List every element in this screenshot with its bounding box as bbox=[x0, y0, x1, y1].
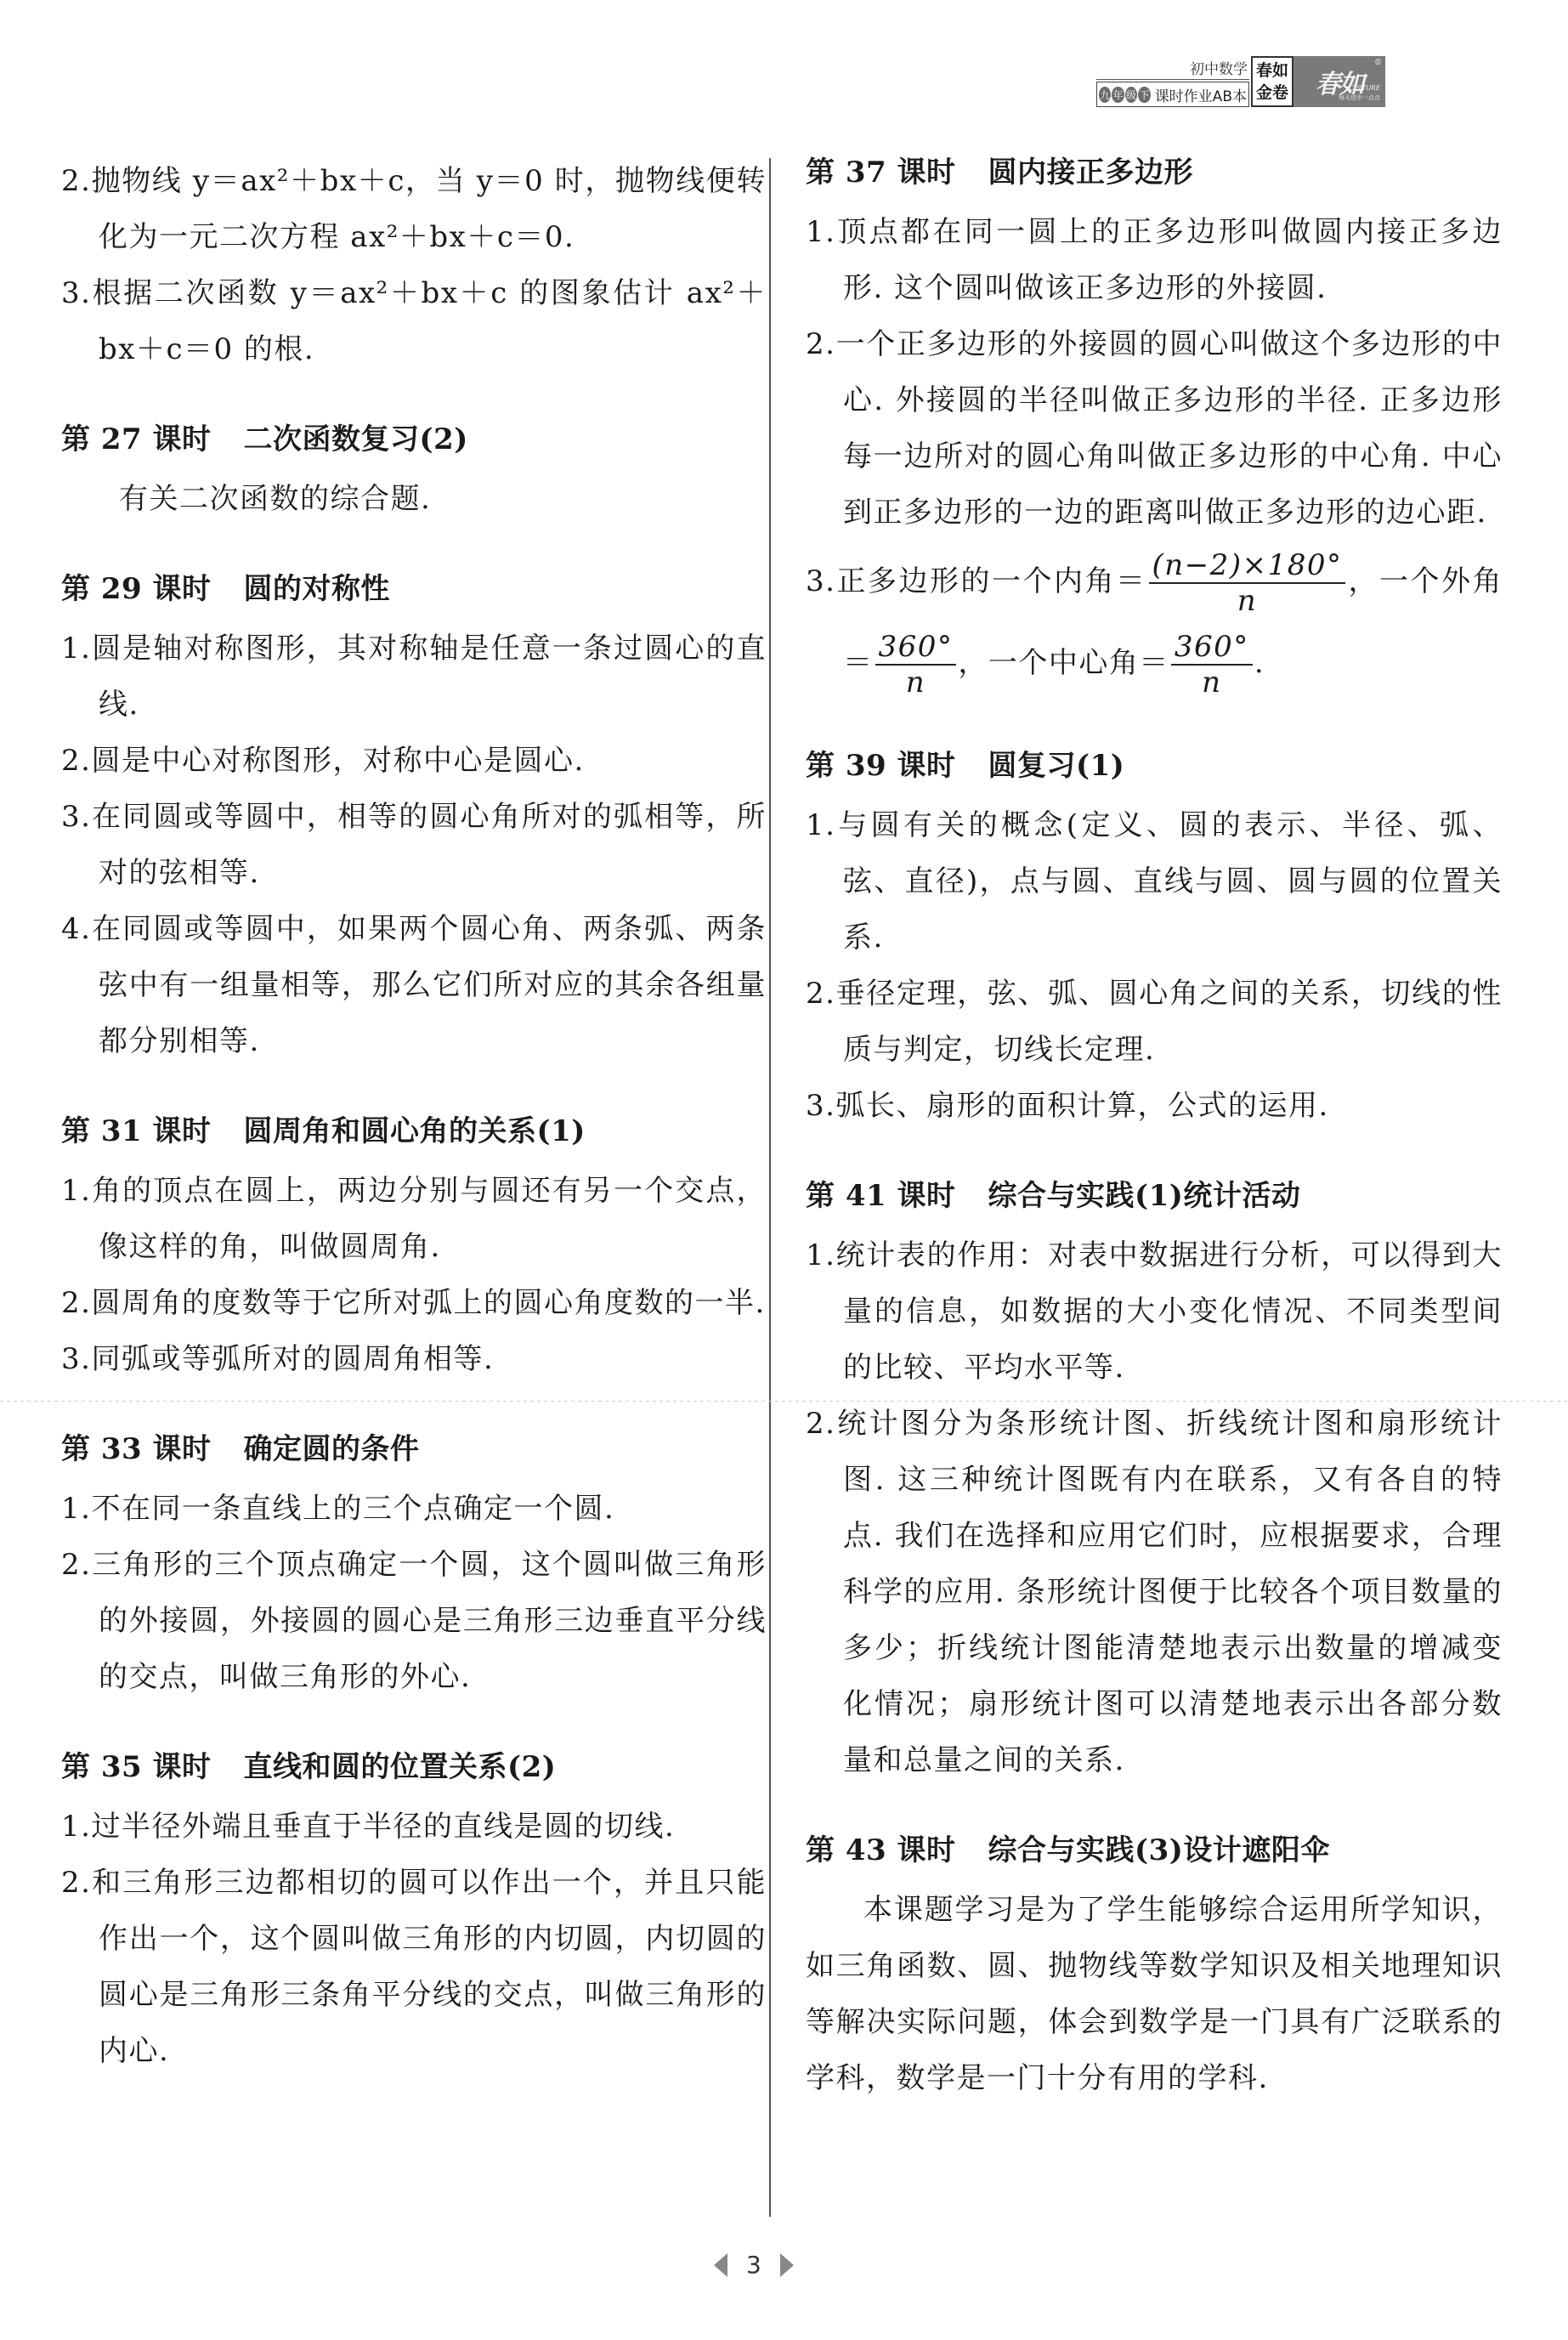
triangle-left-icon bbox=[714, 2253, 727, 2277]
subject-label: 初中数学 bbox=[1096, 60, 1249, 80]
exterior-angle-fraction: 360°n bbox=[875, 630, 957, 700]
section-heading: 第 31 课时圆周角和圆心角的关系(1) bbox=[61, 1112, 767, 1151]
publisher-logo: ® 春如 CULTURE 每天进步一点点 bbox=[1293, 56, 1385, 107]
list-item: 2.垂径定理，弦、弧、圆心角之间的关系，切线的性质与判定，切线长定理. bbox=[806, 966, 1503, 1078]
grade-char: 下 bbox=[1138, 87, 1150, 103]
brand-box: 春如 金卷 bbox=[1251, 56, 1293, 107]
lesson-29: 第 29 课时圆的对称性 1.圆是轴对称图形，其对称轴是任意一条过圆心的直线. … bbox=[61, 569, 767, 1069]
paragraph: 有关二次函数的综合题. bbox=[61, 471, 767, 527]
lesson-39: 第 39 课时圆复习(1) 1.与圆有关的概念(定义、圆的表示、半径、弧、弦、直… bbox=[806, 746, 1503, 1134]
list-item: 2.一个正多边形的外接圆的圆心叫做这个多边形的中心. 外接圆的半径叫做正多边形的… bbox=[806, 316, 1503, 541]
section-heading: 第 35 课时直线和圆的位置关系(2) bbox=[61, 1748, 767, 1787]
right-column: 第 37 课时圆内接正多边形 1.顶点都在同一圆上的正多边形叫做圆内接正多边形.… bbox=[806, 153, 1503, 2149]
list-item: 4.在同圆或等圆中，如果两个圆心角、两条弧、两条弦中有一组量相等，那么它们所对应… bbox=[61, 901, 767, 1069]
section-heading: 第 43 课时综合与实践(3)设计遮阳伞 bbox=[806, 1831, 1503, 1870]
list-item: 3.弧长、扇形的面积计算，公式的运用. bbox=[806, 1078, 1503, 1134]
list-item: 3.在同圆或等圆中，相等的圆心角所对的弧相等，所对的弦相等. bbox=[61, 789, 767, 901]
list-item: 2.圆周角的度数等于它所对弧上的圆心角度数的一半. bbox=[61, 1275, 767, 1331]
interior-angle-fraction: (n−2)×180°n bbox=[1149, 548, 1346, 618]
header-text-block: 初中数学 九 年 级 下 课时作业AB本 bbox=[1096, 56, 1249, 107]
list-item: 1.与圆有关的概念(定义、圆的表示、半径、弧、弦、直径)，点与圆、直线与圆、圆与… bbox=[806, 797, 1503, 966]
lesson-27: 第 27 课时二次函数复习(2) 有关二次函数的综合题. bbox=[61, 420, 767, 527]
lesson-43: 第 43 课时综合与实践(3)设计遮阳伞 本课题学习是为了学生能够综合运用所学知… bbox=[806, 1831, 1503, 2106]
section-heading: 第 27 课时二次函数复习(2) bbox=[61, 420, 767, 459]
list-item: 2.圆是中心对称图形，对称中心是圆心. bbox=[61, 733, 767, 789]
series-box: 九 年 级 下 课时作业AB本 bbox=[1096, 82, 1249, 107]
section-heading: 第 29 课时圆的对称性 bbox=[61, 569, 767, 609]
list-item: 2.和三角形三边都相切的圆可以作出一个，并且只能作出一个，这个圆叫做三角形的内切… bbox=[61, 1855, 767, 2079]
grade-char: 年 bbox=[1112, 87, 1124, 103]
paragraph: 本课题学习是为了学生能够综合运用所学知识，如三角函数、圆、抛物线等数学知识及相关… bbox=[806, 1882, 1503, 2106]
book-header: 初中数学 九 年 级 下 课时作业AB本 春如 金卷 ® 春如 CULTURE … bbox=[1096, 56, 1385, 107]
series-label: 课时作业AB本 bbox=[1155, 84, 1247, 105]
list-item: 1.过半径外端且垂直于半径的直线是圆的切线. bbox=[61, 1799, 767, 1855]
list-item: 1.统计表的作用：对表中数据进行分析，可以得到大量的信息，如数据的大小变化情况、… bbox=[806, 1227, 1503, 1396]
section-heading: 第 37 课时圆内接正多边形 bbox=[806, 153, 1503, 192]
list-item: 1.角的顶点在圆上，两边分别与圆还有另一个交点，像这样的角，叫做圆周角. bbox=[61, 1163, 767, 1275]
column-divider bbox=[769, 158, 771, 2217]
lesson-35: 第 35 课时直线和圆的位置关系(2) 1.过半径外端且垂直于半径的直线是圆的切… bbox=[61, 1748, 767, 2079]
logo-culture-text: CULTURE bbox=[1349, 84, 1380, 92]
brand-top: 春如 bbox=[1256, 59, 1288, 82]
list-item: 3.根据二次函数 y＝ax²＋bx＋c 的图象估计 ax²＋bx＋c＝0 的根. bbox=[61, 265, 767, 377]
section-heading: 第 39 课时圆复习(1) bbox=[806, 746, 1503, 785]
registered-icon: ® bbox=[1374, 59, 1382, 67]
brand-bottom: 金卷 bbox=[1256, 82, 1288, 104]
list-item: 1.顶点都在同一圆上的正多边形叫做圆内接正多边形. 这个圆叫做该正多边形的外接圆… bbox=[806, 204, 1503, 316]
lesson-37: 第 37 课时圆内接正多边形 1.顶点都在同一圆上的正多边形叫做圆内接正多边形.… bbox=[806, 153, 1503, 704]
list-item: 1.不在同一条直线上的三个点确定一个圆. bbox=[61, 1481, 767, 1537]
list-item: 2.三角形的三个顶点确定一个圆，这个圆叫做三角形的外接圆，外接圆的圆心是三角形三… bbox=[61, 1537, 767, 1705]
grade-char: 九 bbox=[1099, 87, 1111, 103]
continued-section: 2.抛物线 y＝ax²＋bx＋c，当 y＝0 时，抛物线便转化为一元二次方程 a… bbox=[61, 153, 767, 377]
list-item: 1.圆是轴对称图形，其对称轴是任意一条过圆心的直线. bbox=[61, 620, 767, 733]
lesson-31: 第 31 课时圆周角和圆心角的关系(1) 1.角的顶点在圆上，两边分别与圆还有另… bbox=[61, 1112, 767, 1387]
page-navigation: 3 bbox=[714, 2251, 794, 2279]
formula-item: 3.正多边形的一个内角＝(n−2)×180°n，一个外角＝360°n，一个中心角… bbox=[806, 541, 1503, 704]
left-column: 2.抛物线 y＝ax²＋bx＋c，当 y＝0 时，抛物线便转化为一元二次方程 a… bbox=[61, 153, 767, 2122]
lesson-33: 第 33 课时确定圆的条件 1.不在同一条直线上的三个点确定一个圆. 2.三角形… bbox=[61, 1430, 767, 1705]
section-heading: 第 41 课时综合与实践(1)统计活动 bbox=[806, 1176, 1503, 1215]
lesson-41: 第 41 课时综合与实践(1)统计活动 1.统计表的作用：对表中数据进行分析，可… bbox=[806, 1176, 1503, 1788]
list-item: 3.同弧或等弧所对的圆周角相等. bbox=[61, 1331, 767, 1387]
section-heading: 第 33 课时确定圆的条件 bbox=[61, 1430, 767, 1469]
triangle-right-icon bbox=[780, 2253, 794, 2277]
list-item: 2.统计图分为条形统计图、折线统计图和扇形统计图. 这三种统计图既有内在联系，又… bbox=[806, 1396, 1503, 1788]
grade-char: 级 bbox=[1125, 87, 1137, 103]
list-item: 2.抛物线 y＝ax²＋bx＋c，当 y＝0 时，抛物线便转化为一元二次方程 a… bbox=[61, 153, 767, 265]
page-number: 3 bbox=[746, 2251, 761, 2279]
central-angle-fraction: 360°n bbox=[1171, 630, 1253, 700]
logo-slogan: 每天进步一点点 bbox=[1339, 93, 1380, 102]
